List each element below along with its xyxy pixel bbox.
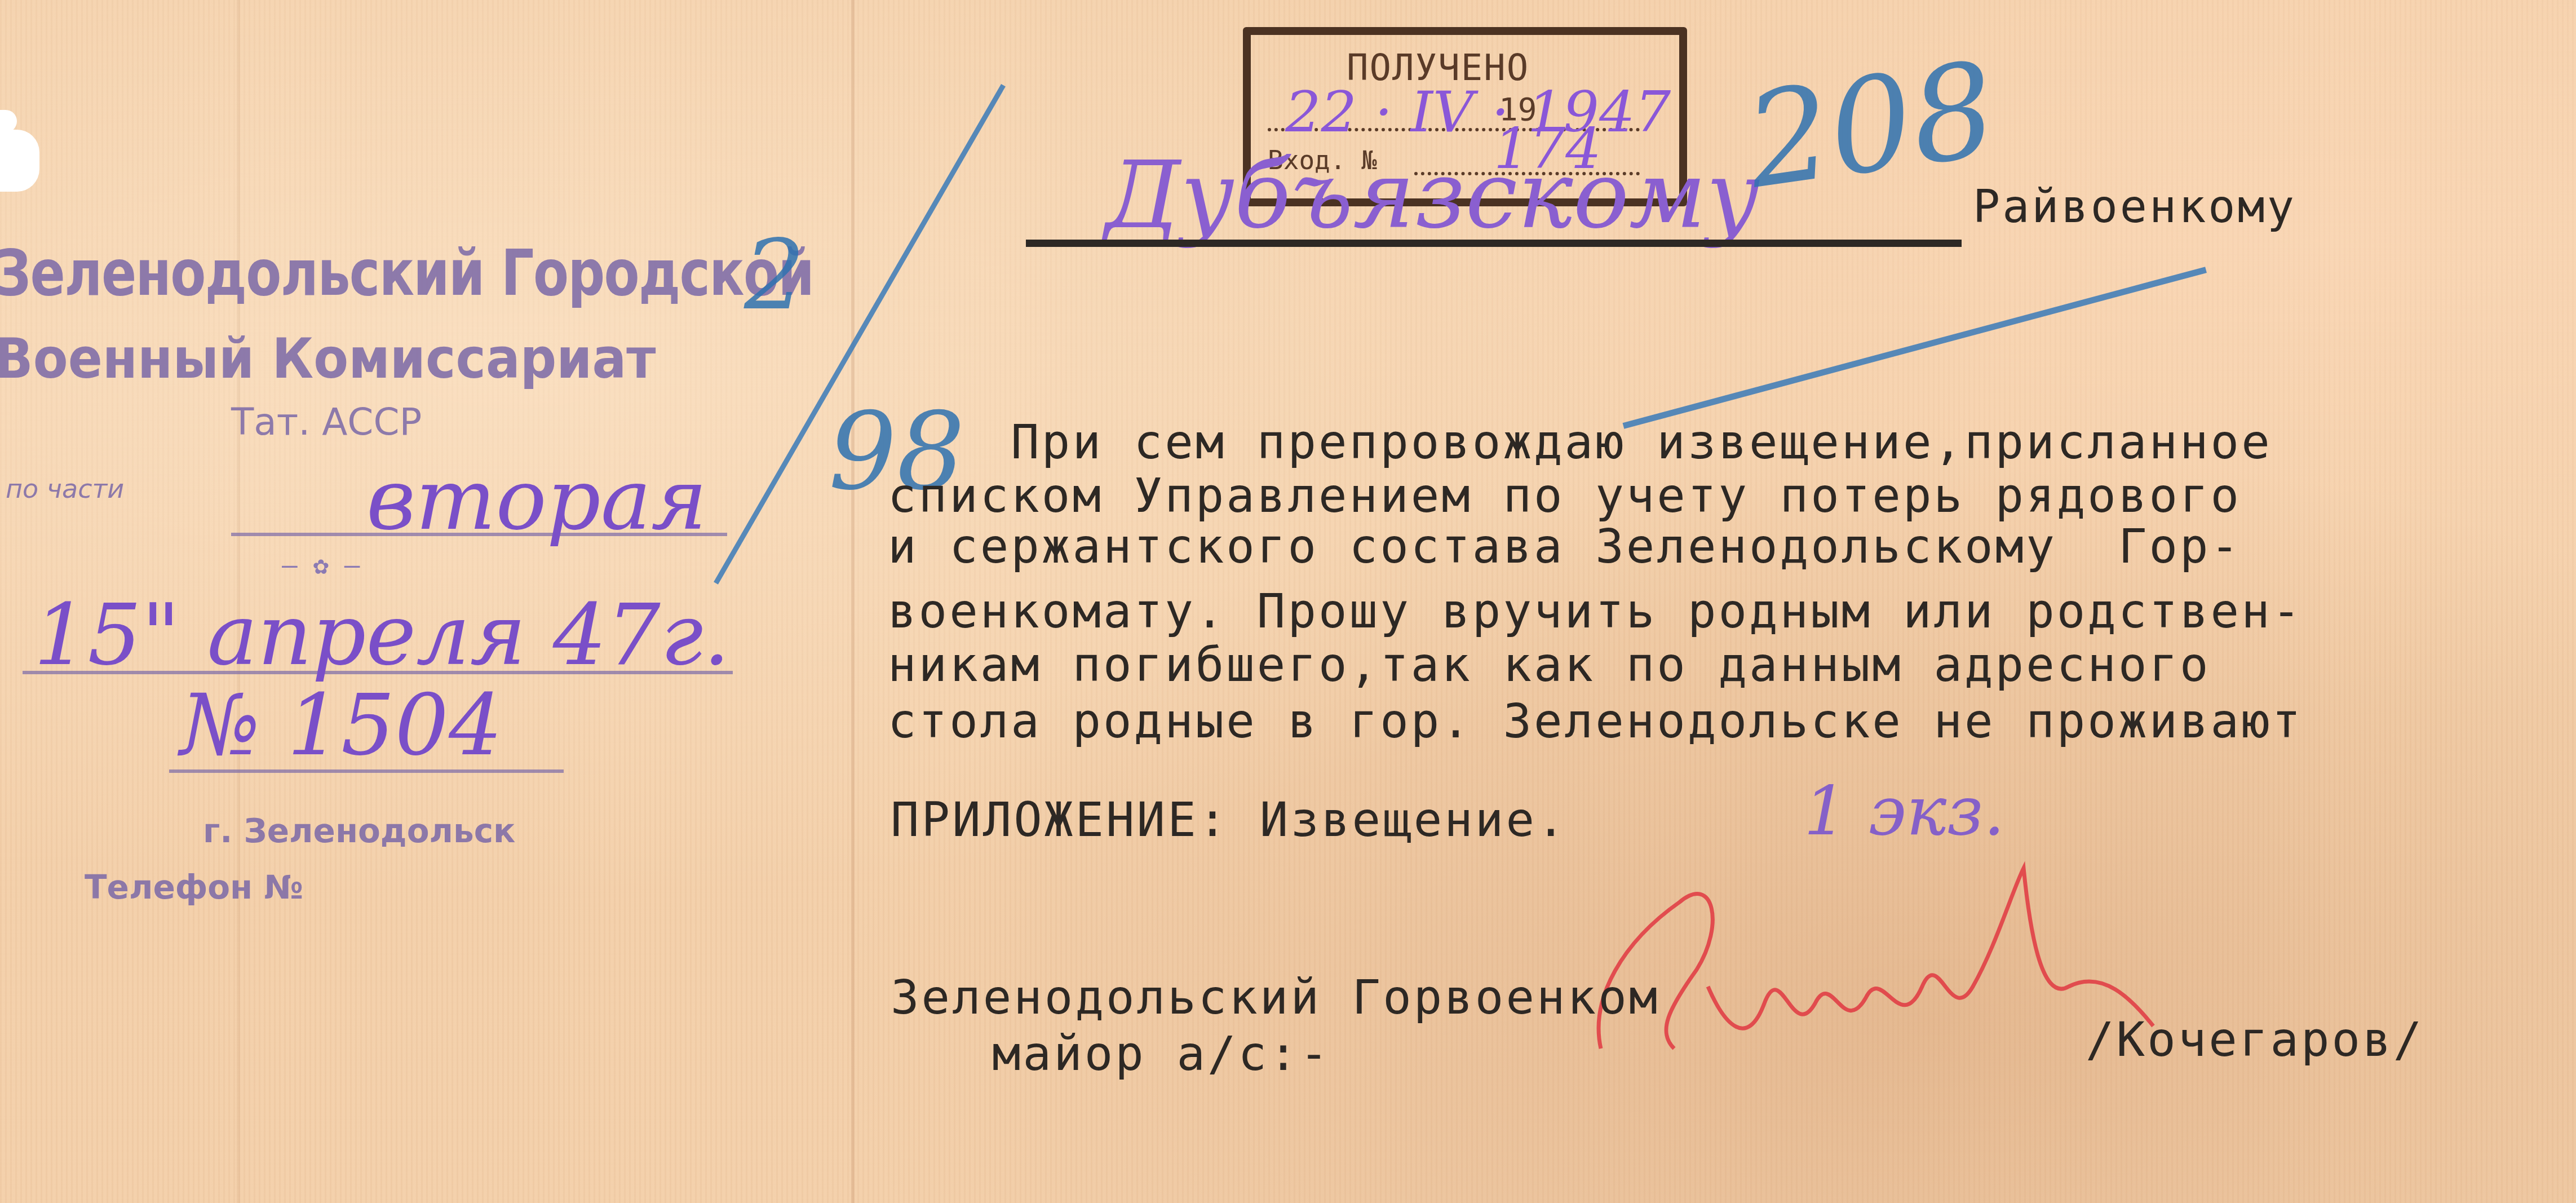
signature-organization: Зеленодольский Горвоенком: [891, 970, 1659, 1025]
stamp-ornament-icon: — ✿ —: [282, 550, 360, 580]
addressee-underline: [1026, 240, 1962, 247]
stamp-phone-label: Телефон №: [85, 868, 303, 906]
paper-tear: [0, 110, 17, 132]
paper-fold: [851, 0, 855, 1203]
handwritten-part-value: вторая: [366, 451, 707, 549]
stamp-part-label: по части: [6, 474, 124, 504]
handwritten-copy-count: 1 экз.: [1804, 772, 2005, 851]
blue-pencil-number: 208: [1738, 34, 2004, 218]
handwritten-outgoing-number: № 1504: [180, 676, 502, 775]
body-line: военкомату. Прошу вручить родным или род…: [888, 583, 2303, 639]
appendix-line: ПРИЛОЖЕНИЕ: Извещение.: [891, 792, 1568, 847]
paper-tear: [0, 130, 39, 192]
body-line: стола родные в гор. Зеленодольске не про…: [888, 693, 2303, 749]
body-line: При сем препровождаю извещение,присланно…: [888, 414, 2272, 470]
blue-pencil-stroke: [1623, 267, 2207, 429]
body-line: списком Управлением по учету потерь рядо…: [888, 468, 2241, 523]
stamp-org-line1: Зеленодольский Городской: [0, 237, 813, 310]
signature-rank: майор а/с:-: [992, 1026, 1330, 1081]
blue-pencil-mark: 2: [744, 220, 805, 331]
handwritten-received-date: 22 · IV · 1947: [1285, 79, 1671, 145]
body-line: никам погибшего,так как по данным адресн…: [888, 637, 2211, 692]
body-line: и сержантского состава Зеленодольскому Г…: [888, 519, 2241, 574]
stamp-org-line2: Военный Комиссариат: [0, 327, 656, 391]
handwritten-addressee: Дубъязскому: [1105, 141, 1760, 249]
stamp-region: Тат. АССР: [231, 400, 422, 444]
signature-name: /Кочегаров/: [2086, 1012, 2424, 1067]
handwritten-outgoing-date: 15" апреля 47г.: [34, 586, 730, 684]
typed-addressee: Райвоенкому: [1973, 180, 2296, 233]
stamp-city: г. Зеленодольск: [203, 812, 515, 850]
